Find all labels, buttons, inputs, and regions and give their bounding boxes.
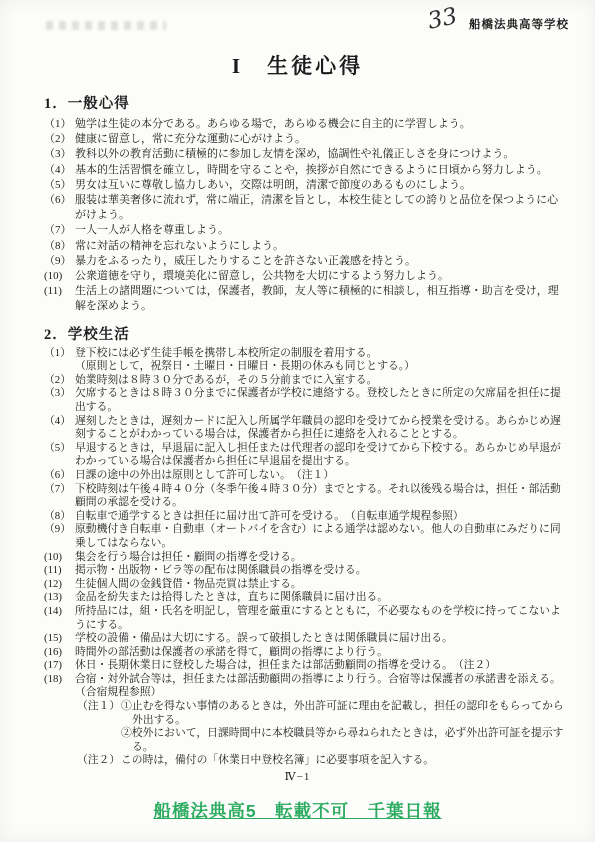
item-text: 男女は互いに尊敬し協力しあい，交際は明朗，清潔で節度のあるものにしよう。 bbox=[75, 178, 567, 193]
rule-item: （6）日課の途中の外出は原則として許可しない。 （注１） bbox=[44, 469, 567, 483]
footnote-label: （注１） bbox=[77, 700, 121, 754]
item-text: 所持品には，組・氏名を明記し，管理を厳重にするとともに，不必要なものを学校に持っ… bbox=[75, 605, 567, 632]
footnote-label: （注２） bbox=[77, 754, 121, 768]
rule-item: （8）自転車で通学するときは担任に届け出て許可を受ける。 （自転車通学規程参照） bbox=[44, 510, 567, 524]
copyright-watermark: 船橋法典高5 転載不可 千葉日報 bbox=[0, 798, 595, 823]
rule-item: (11)掲示物・出版物・ビラ等の配布は関係職員の指導を受ける。 bbox=[44, 564, 567, 578]
header-corner: 33 船橋法典高等学校 bbox=[428, 8, 569, 32]
rule-item: （9）原動機付き自転車・自動車（オートバイを含む）による通学は認めない。他人の自… bbox=[44, 523, 567, 550]
item-number: （1） bbox=[44, 117, 75, 132]
item-text: 勉学は生徒の本分である。あらゆる場で，あらゆる機会に自主的に学習しよう。 bbox=[75, 117, 567, 132]
item-number: (14) bbox=[44, 605, 75, 632]
item-text: 時間外の部活動は保護者の承諾を得て，顧問の指導により行う。 bbox=[75, 646, 567, 660]
item-text: 下校時刻は午後４時４０分（冬季午後４時３０分）までとする。それ以後残る場合は，担… bbox=[75, 483, 567, 510]
item-number: （2） bbox=[44, 374, 75, 388]
footnote-body: この時は，備付の「休業日中登校名簿」に必要事項を記入する。 bbox=[121, 754, 567, 768]
item-text: 原動機付き自転車・自動車（オートバイを含む）による通学は認めない。他人の自動車に… bbox=[75, 523, 567, 550]
item-text: 早退するときは，早退届に記入し担任または代理者の認印を受けてから下校する。あらか… bbox=[75, 442, 567, 469]
rule-item: （4）基本的生活習慣を確立し，時間を守ることや，挨拶が自然にできるように日頃から… bbox=[44, 163, 567, 178]
item-text: 学校の設備・備品は大切にする。誤って破損したときは関係職員に届け出る。 bbox=[75, 632, 567, 646]
rule-item: (14)所持品には，組・氏名を明記し，管理を厳重にするとともに，不必要なものを学… bbox=[44, 605, 567, 632]
item-text: 遅刻したときは，遅刻カードに記入し所属学年職員の認印を受けてから授業を受ける。あ… bbox=[75, 415, 567, 442]
item-number: （5） bbox=[44, 178, 75, 193]
item-number: (15) bbox=[44, 632, 75, 646]
item-text: 自転車で通学するときは担任に届け出て許可を受ける。 （自転車通学規程参照） bbox=[75, 510, 567, 524]
page-number: Ⅳ−1 bbox=[0, 770, 595, 783]
rule-item: （2）始業時刻は８時３０分であるが，その５分前までに入室する。 bbox=[44, 374, 567, 388]
item-text: 掲示物・出版物・ビラ等の配布は関係職員の指導を受ける。 bbox=[75, 564, 567, 578]
section-school-life: 2．学校生活 （1）登下校には必ず生徒手帳を携帯し本校所定の制服を着用する。 （… bbox=[44, 323, 567, 768]
rule-item: （1）登下校には必ず生徒手帳を携帯し本校所定の制服を着用する。 （原則として，祝… bbox=[44, 347, 567, 374]
item-number: （4） bbox=[44, 163, 75, 178]
footnote-subitem: ①止むを得ない事情のあるときは，外出許可証に理由を記載し，担任の認印をもらってか… bbox=[121, 700, 567, 727]
item-number: （6） bbox=[44, 469, 75, 483]
page-title: I 生徒心得 bbox=[0, 50, 595, 80]
item-text: 休日・長期休業日に登校した場合は，担任または部活動顧問の指導を受ける。 （注２） bbox=[75, 659, 567, 673]
item-number: （7） bbox=[44, 223, 75, 238]
item-number: (13) bbox=[44, 591, 75, 605]
item-number: (12) bbox=[44, 578, 75, 592]
item-number: （3） bbox=[44, 387, 75, 414]
rule-item: （6）服装は華美奢侈に流れず，常に端正，清潔を旨とし，本校生徒としての誇りと品位… bbox=[44, 193, 567, 223]
item-number: （4） bbox=[44, 415, 75, 442]
item-number: （5） bbox=[44, 442, 75, 469]
section-heading: 1．一般心得 bbox=[44, 92, 567, 113]
rule-item: (11)生活上の諸問題については，保護者，教師，友人等に積極的に相談し，相互指導… bbox=[44, 284, 567, 314]
rule-item: （9）暴力をふるったり，威圧したりすることを許さない正義感を持とう。 bbox=[44, 254, 567, 269]
item-text: 始業時刻は８時３０分であるが，その５分前までに入室する。 bbox=[75, 374, 567, 388]
item-number: (10) bbox=[44, 551, 75, 565]
rule-item: (15)学校の設備・備品は大切にする。誤って破損したときは関係職員に届け出る。 bbox=[44, 632, 567, 646]
item-number: (11) bbox=[44, 284, 75, 314]
handwritten-number: 33 bbox=[426, 5, 459, 34]
school-name: 船橋法典高等学校 bbox=[469, 16, 569, 32]
rule-item: (17)休日・長期休業日に登校した場合は，担任または部活動顧問の指導を受ける。 … bbox=[44, 659, 567, 673]
item-number: （6） bbox=[44, 193, 75, 223]
item-number: (10) bbox=[44, 269, 75, 284]
item-number: (16) bbox=[44, 646, 75, 660]
item-number: （1） bbox=[44, 347, 75, 374]
rule-item: （3）欠席するときは８時３０分までに保護者が学校に連絡する。登校したときに所定の… bbox=[44, 387, 567, 414]
rule-item: (16)時間外の部活動は保護者の承諾を得て，顧問の指導により行う。 bbox=[44, 646, 567, 660]
document-page: 33 船橋法典高等学校 I 生徒心得 1．一般心得 （1）勉学は生徒の本分である… bbox=[0, 0, 595, 842]
item-text: 欠席するときは８時３０分までに保護者が学校に連絡する。登校したときに所定の欠席届… bbox=[75, 387, 567, 414]
document-body: 1．一般心得 （1）勉学は生徒の本分である。あらゆる場で，あらゆる機会に自主的に… bbox=[0, 92, 595, 768]
rule-item: （2）健康に留意し，常に充分な運動に心がけよう。 bbox=[44, 132, 567, 147]
item-text: 服装は華美奢侈に流れず，常に端正，清潔を旨とし，本校生徒としての誇りと品位を保つ… bbox=[75, 193, 567, 223]
item-number: （9） bbox=[44, 523, 75, 550]
rule-item: (10)公衆道徳を守り，環境美化に留意し，公共物を大切にするよう努力しよう。 bbox=[44, 269, 567, 284]
item-number: (18) bbox=[44, 673, 75, 700]
item-text: 一人一人が人格を尊重しよう。 bbox=[75, 223, 567, 238]
item-number: (17) bbox=[44, 659, 75, 673]
item-number: （7） bbox=[44, 483, 75, 510]
item-number: （2） bbox=[44, 132, 75, 147]
section-general-rules: 1．一般心得 （1）勉学は生徒の本分である。あらゆる場で，あらゆる機会に自主的に… bbox=[44, 92, 567, 315]
item-text: 金品を紛失または拾得したときは，直ちに関係職員に届け出る。 bbox=[75, 591, 567, 605]
rule-item: （7）下校時刻は午後４時４０分（冬季午後４時３０分）までとする。それ以後残る場合… bbox=[44, 483, 567, 510]
rule-item: （4）遅刻したときは，遅刻カードに記入し所属学年職員の認印を受けてから授業を受け… bbox=[44, 415, 567, 442]
item-text: 生活上の諸問題については，保護者，教師，友人等に積極的に相談し，相互指導・助言を… bbox=[75, 284, 567, 314]
item-text: 集会を行う場合は担任・顧問の指導を受ける。 bbox=[75, 551, 567, 565]
rule-item: （5）早退するときは，早退届に記入し担任または代理者の認印を受けてから下校する。… bbox=[44, 442, 567, 469]
item-number: （8） bbox=[44, 510, 75, 524]
item-text: 登下校には必ず生徒手帳を携帯し本校所定の制服を着用する。 （原則として，祝祭日・… bbox=[75, 347, 567, 374]
footnote-2: （注２） この時は，備付の「休業日中登校名簿」に必要事項を記入する。 bbox=[77, 754, 567, 768]
footnote-subitem: ②校外において，日課時間中に本校職員等から尋ねられたときは，必ず外出許可証を提示… bbox=[121, 727, 567, 754]
rule-item: (18)合宿・対外試合等は，担任または部活動顧問の指導により行う。合宿等は保護者… bbox=[44, 673, 567, 700]
item-number: (11) bbox=[44, 564, 75, 578]
footnote-subitem: この時は，備付の「休業日中登校名簿」に必要事項を記入する。 bbox=[121, 754, 567, 768]
item-text: 教科以外の教育活動に積極的に参加し友情を深め，協調性や礼儀正しさを身につけよう。 bbox=[75, 147, 567, 162]
rule-item: （7）一人一人が人格を尊重しよう。 bbox=[44, 223, 567, 238]
item-text: 暴力をふるったり，威圧したりすることを許さない正義感を持とう。 bbox=[75, 254, 567, 269]
item-number: （3） bbox=[44, 147, 75, 162]
item-text: 常に対話の精神を忘れないようにしよう。 bbox=[75, 239, 567, 254]
faint-stamp bbox=[46, 21, 166, 30]
item-text: 健康に留意し，常に充分な運動に心がけよう。 bbox=[75, 132, 567, 147]
item-text: 生徒個人間の金銭貸借・物品売買は禁止する。 bbox=[75, 578, 567, 592]
rule-item: （3）教科以外の教育活動に積極的に参加し友情を深め，協調性や礼儀正しさを身につけ… bbox=[44, 147, 567, 162]
item-number: （9） bbox=[44, 254, 75, 269]
rule-item: （1）勉学は生徒の本分である。あらゆる場で，あらゆる機会に自主的に学習しよう。 bbox=[44, 117, 567, 132]
footnote-body: ①止むを得ない事情のあるときは，外出許可証に理由を記載し，担任の認印をもらってか… bbox=[121, 700, 567, 754]
item-number: （8） bbox=[44, 239, 75, 254]
section-heading: 2．学校生活 bbox=[44, 323, 567, 344]
rule-item: (10)集会を行う場合は担任・顧問の指導を受ける。 bbox=[44, 551, 567, 565]
rule-item: (12)生徒個人間の金銭貸借・物品売買は禁止する。 bbox=[44, 578, 567, 592]
rule-item: （8）常に対話の精神を忘れないようにしよう。 bbox=[44, 239, 567, 254]
item-text: 日課の途中の外出は原則として許可しない。 （注１） bbox=[75, 469, 567, 483]
item-text: 公衆道徳を守り，環境美化に留意し，公共物を大切にするよう努力しよう。 bbox=[75, 269, 567, 284]
rule-item: （5）男女は互いに尊敬し協力しあい，交際は明朗，清潔で節度のあるものにしよう。 bbox=[44, 178, 567, 193]
item-text: 基本的生活習慣を確立し，時間を守ることや，挨拶が自然にできるように日頃から努力し… bbox=[75, 163, 567, 178]
item-text: 合宿・対外試合等は，担任または部活動顧問の指導により行う。合宿等は保護者の承諾書… bbox=[75, 673, 567, 700]
rule-item: (13)金品を紛失または拾得したときは，直ちに関係職員に届け出る。 bbox=[44, 591, 567, 605]
footnote-1: （注１） ①止むを得ない事情のあるときは，外出許可証に理由を記載し，担任の認印を… bbox=[77, 700, 567, 754]
